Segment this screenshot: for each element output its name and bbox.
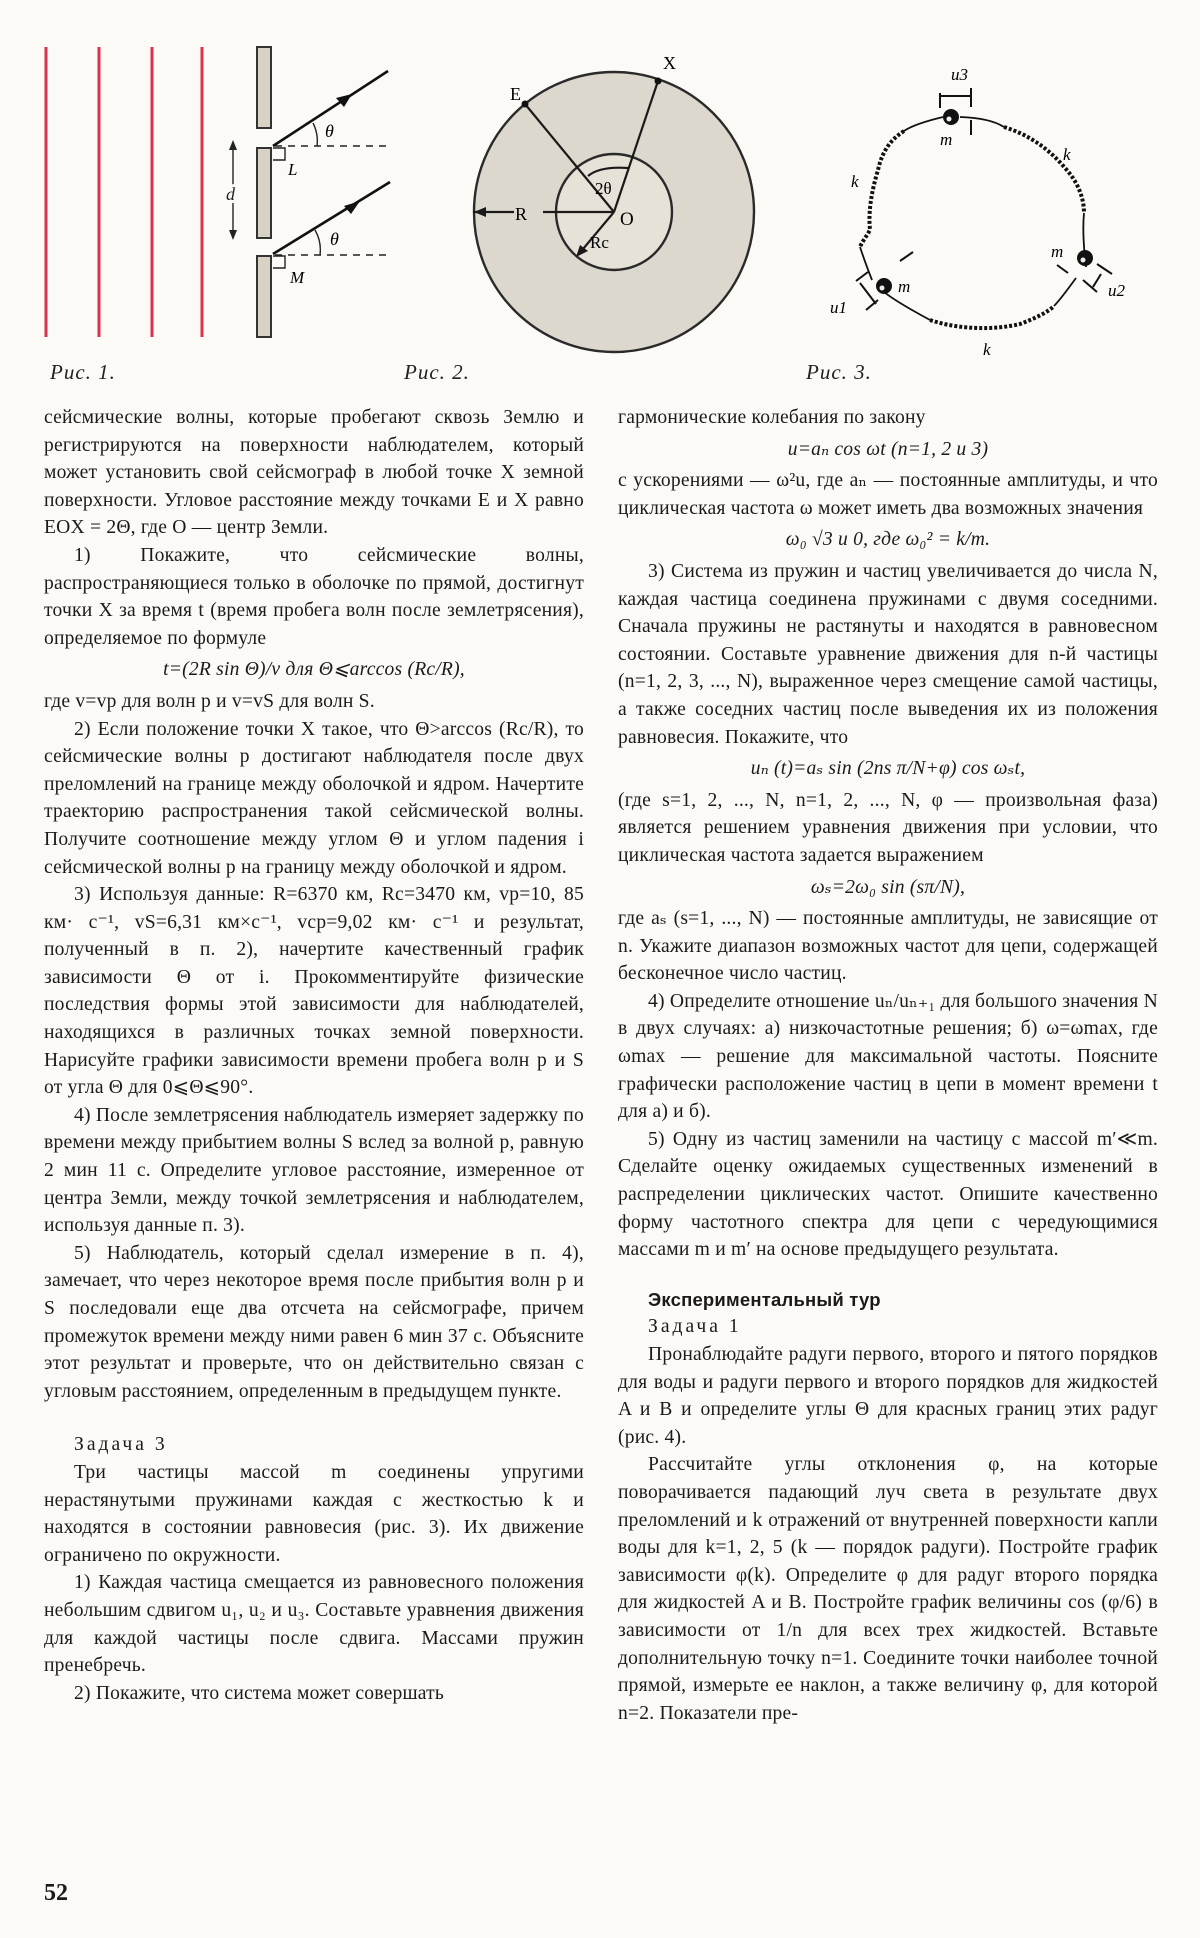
fig3-label-k-right: k xyxy=(1063,145,1071,164)
paragraph: где v=vp для волн p и v=vS для волн S. xyxy=(44,688,584,716)
figure-3-caption: Рис. 3. xyxy=(806,360,872,385)
paragraph: 5) Одну из частиц заменили на частицу с … xyxy=(618,1126,1158,1264)
fig1-label-M: M xyxy=(289,268,305,287)
paragraph: 4) Определите отношение uₙ/uₙ₊₁ для боль… xyxy=(618,988,1158,1126)
section-heading-experimental-round: Экспериментальный тур xyxy=(618,1286,1158,1314)
fig2-label-R: R xyxy=(515,204,527,224)
paragraph: 3) Используя данные: R=6370 км, Rc=3470 … xyxy=(44,881,584,1102)
paragraph: гармонические колебания по закону xyxy=(618,404,1158,432)
figure-1-caption: Рис. 1. xyxy=(50,360,116,385)
paragraph: 2) Если положение точки X такое, что Θ>a… xyxy=(44,716,584,882)
paragraph: Три частицы массой m соединены упругими … xyxy=(44,1459,584,1569)
paragraph: 4) После землетрясения наблюдатель измер… xyxy=(44,1102,584,1240)
figure-3-spring-mass-ring: u3 m m m k k k u1 u2 xyxy=(800,55,1180,355)
fig1-label-theta-top: θ xyxy=(325,121,334,141)
fig3-label-m-right: m xyxy=(1051,242,1063,261)
fig1-label-L: L xyxy=(287,160,297,179)
fig3-label-u3: u3 xyxy=(951,65,968,84)
paragraph: 5) Наблюдатель, который сделал измерение… xyxy=(44,1240,584,1406)
fig3-label-k-left: k xyxy=(851,172,859,191)
formula: ω₀ √3 и 0, где ω₀² = k/m. xyxy=(618,526,1158,554)
figure-1-diffraction-diagram: θ θ L M d xyxy=(30,30,400,350)
page-number: 52 xyxy=(44,1880,68,1907)
paragraph: Рассчитайте углы отклонения φ, на которы… xyxy=(618,1451,1158,1727)
fig3-label-u2: u2 xyxy=(1108,281,1126,300)
fig3-label-m-top: m xyxy=(940,130,952,149)
fig2-label-angle: 2θ xyxy=(595,179,612,198)
paragraph: с ускорениями — ω²u, где aₙ — постоянные… xyxy=(618,467,1158,522)
formula: uₙ (t)=aₛ sin (2ns π/N+φ) cos ωₛt, xyxy=(618,755,1158,783)
figure-2-caption: Рис. 2. xyxy=(404,360,470,385)
fig2-label-O: O xyxy=(620,209,634,230)
paragraph: где aₛ (s=1, ..., N) — постоянные амплит… xyxy=(618,905,1158,988)
left-column: сейсмические волны, которые пробегают ск… xyxy=(44,404,584,1707)
fig2-label-E: E xyxy=(510,84,521,104)
slit-barriers xyxy=(257,47,271,337)
paragraph: 3) Система из пружин и частиц увеличивае… xyxy=(618,558,1158,751)
fig3-label-k-bottom: k xyxy=(983,340,991,355)
fig1-label-theta-bottom: θ xyxy=(330,229,339,249)
fig1-label-d: d xyxy=(226,184,236,204)
formula: ωₛ=2ω₀ sin (sπ/N), xyxy=(618,874,1158,902)
formula: u=aₙ cos ωt (n=1, 2 и 3) xyxy=(618,436,1158,464)
fig3-label-m-left: m xyxy=(898,277,910,296)
paragraph: (где s=1, 2, ..., N, n=1, 2, ..., N, φ —… xyxy=(618,787,1158,870)
fig2-label-X: X xyxy=(663,55,676,73)
wavefront-lines xyxy=(46,47,202,337)
paragraph: 1) Каждая частица смещается из равновесн… xyxy=(44,1569,584,1679)
right-column: гармонические колебания по закону u=aₙ c… xyxy=(618,404,1158,1727)
paragraph: 2) Покажите, что система может совершать xyxy=(44,1680,584,1708)
formula: t=(2R sin Θ)/v для Θ⩽arccos (Rc/R), xyxy=(44,656,584,684)
fig2-label-Rc: Rc xyxy=(590,233,609,252)
section-heading-task-3: Задача 3 xyxy=(44,1431,584,1459)
masses xyxy=(876,109,1093,294)
fig3-label-u1: u1 xyxy=(830,298,847,317)
figure-2-earth-cross-section: E X 2θ O R Rc xyxy=(470,55,780,360)
paragraph: сейсмические волны, которые пробегают ск… xyxy=(44,404,584,542)
paragraph: 1) Покажите, что сейсмические волны, рас… xyxy=(44,542,584,652)
section-heading-task-1: Задача 1 xyxy=(618,1313,1158,1341)
paragraph: Пронаблюдайте радуги первого, второго и … xyxy=(618,1341,1158,1451)
